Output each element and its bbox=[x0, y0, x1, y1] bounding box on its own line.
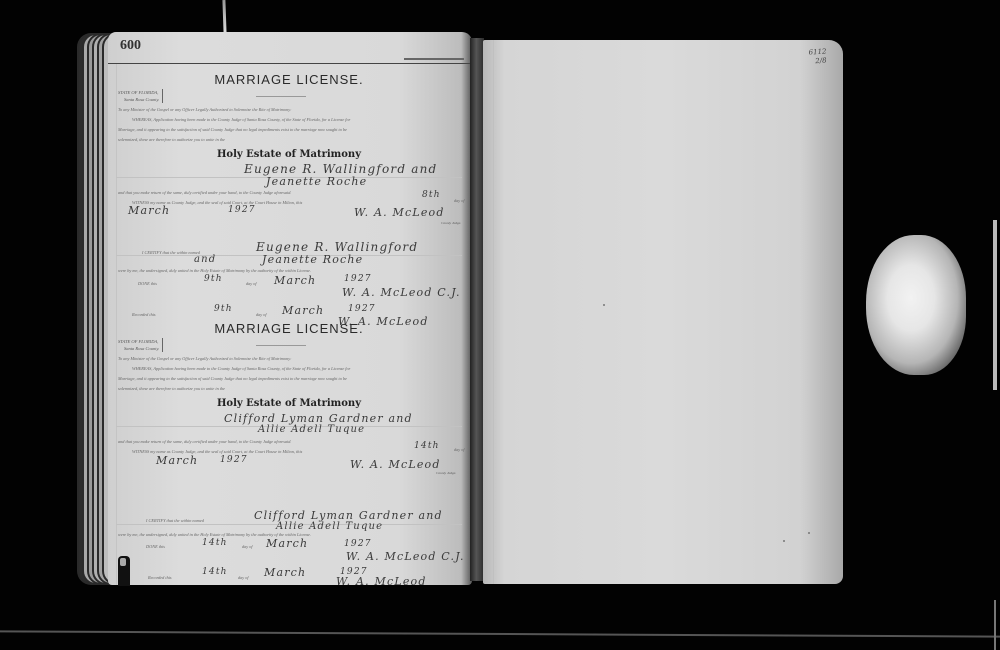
left-page: 600 MARRIAGE LICENSE. STATE OF FLORIDA, … bbox=[108, 32, 472, 585]
printer-mark bbox=[404, 58, 464, 60]
recorded-month: March bbox=[282, 304, 324, 317]
certify-name-2: Jeanette Roche bbox=[262, 253, 363, 266]
done-month: March bbox=[274, 274, 316, 287]
whereas-text: solemnized, these are therefore to autho… bbox=[118, 135, 462, 146]
page-number: 600 bbox=[120, 38, 141, 54]
marriage-license-2: MARRIAGE LICENSE. STATE OF FLORIDA, Sant… bbox=[116, 321, 462, 581]
film-edge bbox=[993, 220, 997, 390]
done-day: 9th bbox=[204, 274, 223, 284]
salutation-text: To any Minister of the Gospel or any Off… bbox=[118, 354, 462, 365]
state-label: STATE OF FLORIDA, bbox=[118, 338, 159, 345]
county-label: Santa Rosa County. bbox=[118, 345, 159, 352]
couple-names-line-2: Allie Adell Tuque bbox=[258, 424, 365, 435]
couple-names-line-1: Eugene R. Wallingford and bbox=[244, 162, 437, 176]
return-text: and that you make return of the same, du… bbox=[118, 188, 462, 199]
certify-and: and bbox=[194, 254, 216, 265]
witness-month: March bbox=[128, 204, 170, 217]
license-title: MARRIAGE LICENSE. bbox=[116, 321, 462, 336]
paper-speck bbox=[603, 304, 605, 306]
done-year: 1927 bbox=[344, 539, 372, 549]
judge-title: County Judge. bbox=[436, 471, 456, 475]
state-county-block: STATE OF FLORIDA, Santa Rosa County. bbox=[118, 338, 163, 352]
day-of-label: day of bbox=[454, 198, 465, 203]
license-title: MARRIAGE LICENSE. bbox=[116, 72, 462, 87]
county-label: Santa Rosa County. bbox=[118, 96, 159, 103]
whereas-text: solemnized, these are therefore to autho… bbox=[118, 384, 462, 395]
book-gutter bbox=[470, 38, 484, 581]
done-day: 14th bbox=[202, 538, 228, 548]
header-rule bbox=[108, 63, 472, 64]
whereas-text: Marriage, and it appearing to the satisf… bbox=[118, 125, 462, 136]
paper-speck bbox=[808, 532, 810, 534]
day-of-label: day of bbox=[242, 544, 253, 549]
judge-signature: W. A. McLeod bbox=[350, 458, 441, 471]
recorded-label: Recorded this bbox=[132, 312, 156, 317]
recorded-month: March bbox=[264, 566, 306, 579]
recorded-label: Recorded this bbox=[148, 575, 172, 580]
return-text: and that you make return of the same, du… bbox=[118, 437, 462, 448]
paper-speck bbox=[783, 540, 785, 542]
state-label: STATE OF FLORIDA, bbox=[118, 89, 159, 96]
certify-text: I CERTIFY that the within named bbox=[146, 518, 204, 523]
recorded-year: 1927 bbox=[348, 304, 376, 314]
recorded-day: 9th bbox=[214, 304, 233, 314]
film-edge bbox=[994, 600, 996, 650]
day-of-label: day of bbox=[246, 281, 257, 286]
done-year: 1927 bbox=[344, 274, 372, 284]
day-of-label: day of bbox=[256, 312, 267, 317]
certify-name-1: Eugene R. Wallingford bbox=[256, 240, 418, 254]
officiant-signature: W. A. McLeod C.J. bbox=[342, 286, 461, 299]
recorder-signature: W. A. McLeod bbox=[336, 575, 427, 585]
done-label: DONE this bbox=[138, 281, 157, 286]
judge-signature: W. A. McLeod bbox=[354, 206, 445, 219]
right-page-blank: 6112 2/8 bbox=[483, 40, 843, 584]
whereas-text: Marriage, and it appearing to the satisf… bbox=[118, 374, 462, 385]
salutation-text: To any Minister of the Gospel or any Off… bbox=[118, 105, 462, 116]
day-of-label: day of bbox=[238, 575, 249, 580]
whereas-text: WHEREAS, Application having been made to… bbox=[118, 115, 462, 126]
ornament-rule bbox=[256, 96, 306, 97]
corner-annotation: 6112 2/8 bbox=[808, 47, 827, 66]
corner-note-fraction: 2/8 bbox=[809, 56, 827, 66]
officiant-signature: W. A. McLeod C.J. bbox=[346, 550, 465, 563]
done-month: March bbox=[266, 537, 308, 550]
witness-day: 14th bbox=[414, 441, 440, 451]
witness-day: 8th bbox=[422, 190, 441, 200]
film-bottom-line bbox=[0, 630, 1000, 637]
marriage-license-1: MARRIAGE LICENSE. STATE OF FLORIDA, Sant… bbox=[116, 72, 462, 322]
ornament-rule bbox=[256, 345, 306, 346]
done-label: DONE this bbox=[146, 544, 165, 549]
couple-names-line-2: Jeanette Roche bbox=[266, 175, 367, 188]
judge-title: County Judge. bbox=[441, 221, 461, 225]
state-county-block: STATE OF FLORIDA, Santa Rosa County. bbox=[118, 89, 163, 103]
estate-heading: Holy Estate of Matrimony bbox=[116, 149, 462, 160]
witness-year: 1927 bbox=[228, 205, 256, 215]
day-of-label: day of bbox=[454, 447, 465, 452]
estate-heading: Holy Estate of Matrimony bbox=[116, 398, 462, 409]
witness-year: 1927 bbox=[220, 455, 248, 465]
microfilm-scan: 600 MARRIAGE LICENSE. STATE OF FLORIDA, … bbox=[0, 0, 1000, 650]
binding-clip bbox=[118, 556, 130, 586]
light-glare bbox=[866, 235, 966, 375]
film-leader-line bbox=[222, 0, 226, 34]
whereas-text: WHEREAS, Application having been made to… bbox=[118, 364, 462, 375]
witness-month: March bbox=[156, 454, 198, 467]
recorded-day: 14th bbox=[202, 567, 228, 577]
margin-rule bbox=[493, 40, 494, 584]
